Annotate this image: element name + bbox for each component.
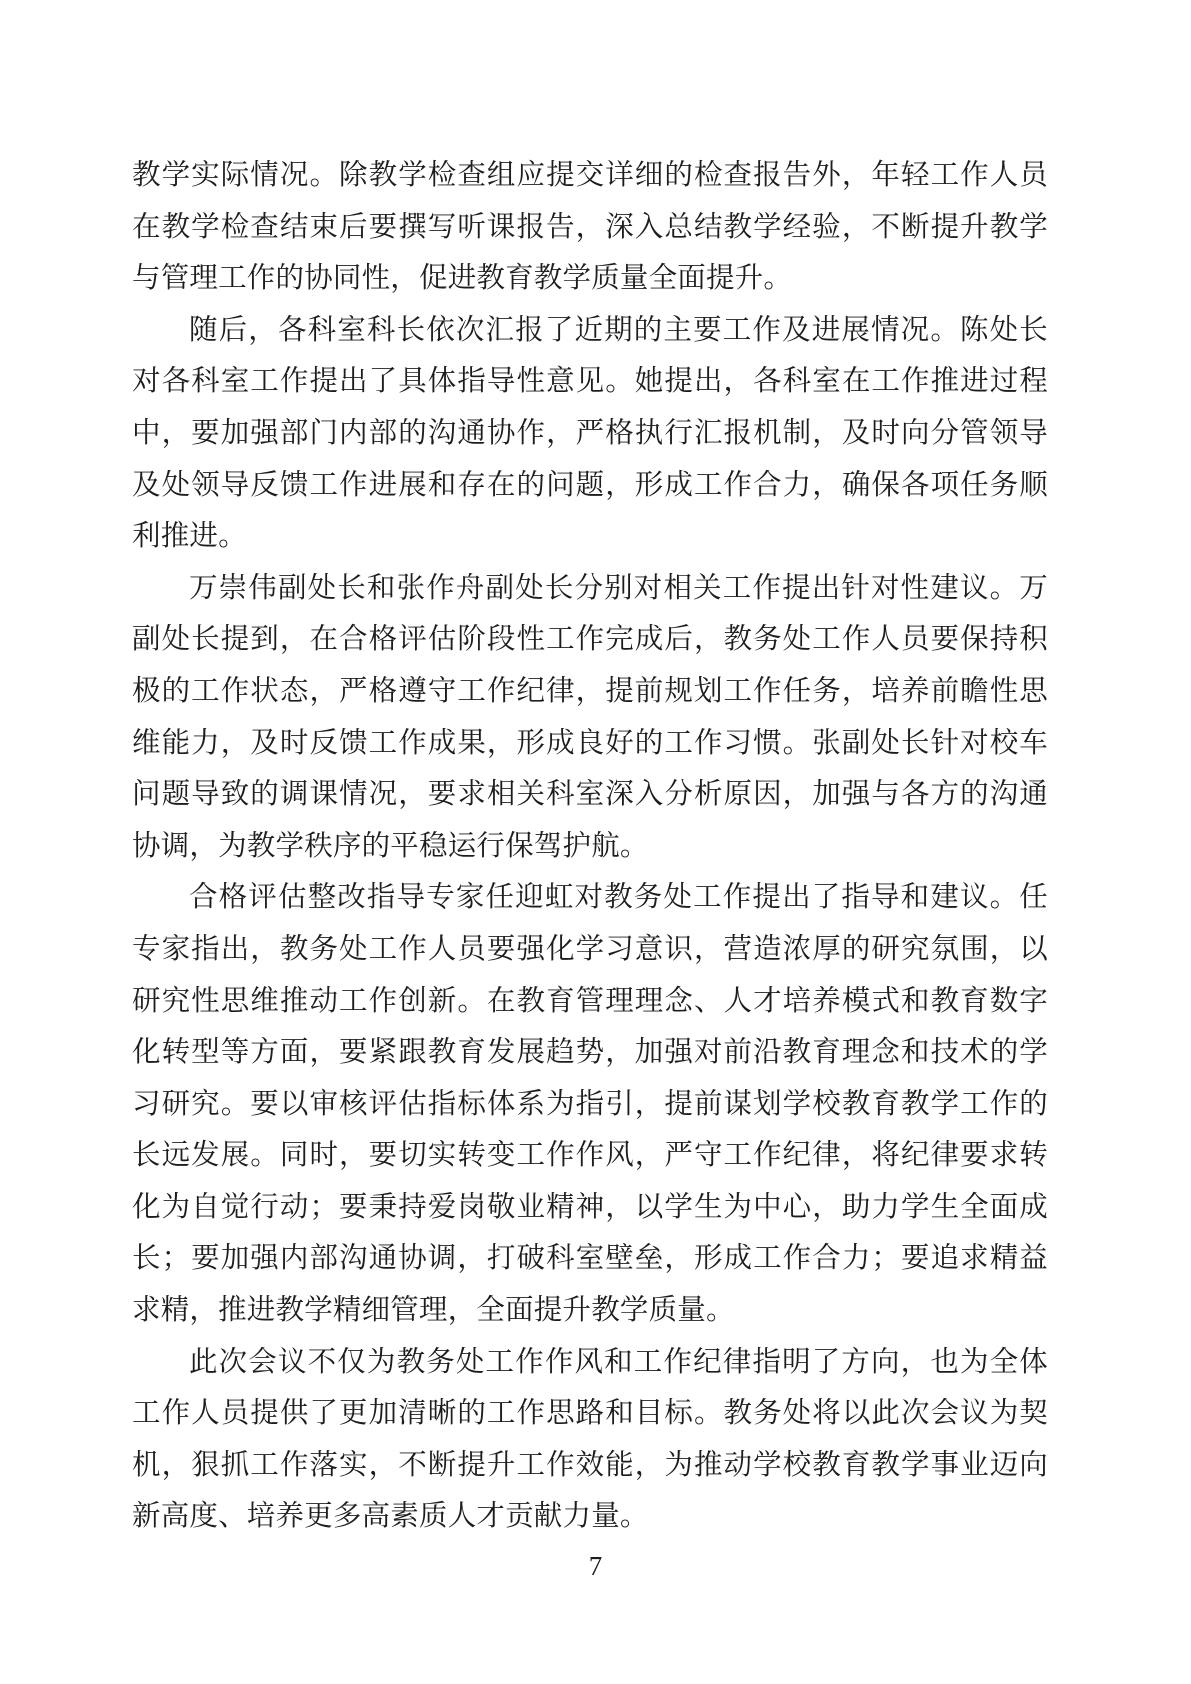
document-body: 教学实际情况。除教学检查组应提交详细的检查报告外，年轻工作人员在教学检查结束后要… bbox=[132, 150, 1048, 1543]
paragraph-continuation: 教学实际情况。除教学检查组应提交详细的检查报告外，年轻工作人员在教学检查结束后要… bbox=[132, 150, 1048, 305]
paragraph-deputy-directors-suggestions: 万崇伟副处长和张作舟副处长分别对相关工作提出针对性建议。万副处长提到，在合格评估… bbox=[132, 563, 1048, 873]
paragraph-conclusion: 此次会议不仅为教务处工作作风和工作纪律指明了方向，也为全体工作人员提供了更加清晰… bbox=[132, 1337, 1048, 1543]
paragraph-department-reports: 随后，各科室科长依次汇报了近期的主要工作及进展情况。陈处长对各科室工作提出了具体… bbox=[132, 305, 1048, 563]
page-number: 7 bbox=[589, 1551, 603, 1581]
page-footer: 7 bbox=[0, 1551, 1191, 1582]
document-page: 教学实际情况。除教学检查组应提交详细的检查报告外，年轻工作人员在教学检查结束后要… bbox=[0, 0, 1191, 1684]
paragraph-expert-guidance: 合格评估整改指导专家任迎虹对教务处工作提出了指导和建议。任专家指出，教务处工作人… bbox=[132, 872, 1048, 1336]
